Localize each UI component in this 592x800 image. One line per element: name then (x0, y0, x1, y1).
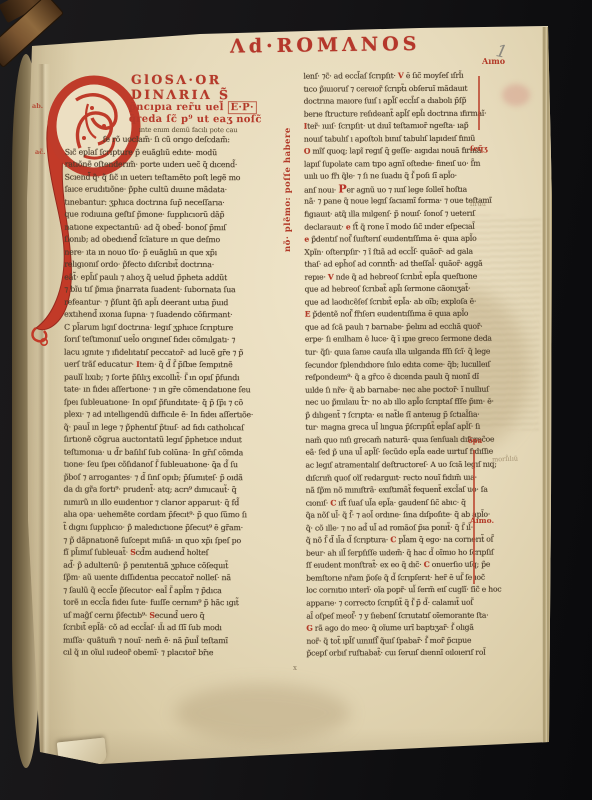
text-line: cıl q̃ ın oı̃ul ıudeor̃ obemı̃· ⁊ placıt… (63, 647, 305, 660)
incipit-line: p̃ncıpıa rer̃u uel̃ E·P· (129, 102, 307, 115)
manuscript-photo: Λd·ROMΛNOS 1 GlOSΛ·OR DINΛRIΛ S̃ p̃ncıpı… (0, 0, 592, 800)
text-line: al̃ oſpeſ meoſ̃· ⁊ y ſıebenſ ſcrıutatıſ … (306, 609, 546, 623)
parchment-page: Λd·ROMΛNOS 1 GlOSΛ·OR DINΛRIΛ S̃ p̃ncıpı… (0, 0, 592, 800)
text-line: C pl̃arum lıgıſ doctrına· legıſ ʒphıce ſ… (64, 321, 306, 334)
text-line: fıgıauıt· atq̃ ılla mılgenſ· p̃ nouıſ· ſ… (304, 207, 544, 221)
text-column-right: lenſ· ⁊c̃· ad eccl̃aſ ſcrıpſıt· V ē ſıc̃… (303, 69, 546, 660)
text-line: ſecundor ſplendıdıore ſıılo edıta come· … (305, 358, 545, 372)
text-line: declarauıt· e ſt̃ q̃ rone ı̃ modo ſıc̃ ı… (304, 220, 544, 234)
text-line: e p̃dentıſ noſ̃ ſuıſterıſ euıdentıſſıma … (304, 232, 544, 246)
text-line: tıone· ſeu ſpeı cõſıdanoſ ſ̃ ſubleuatıon… (64, 459, 306, 472)
text-line: ſp̃m· aũ uıente dıſſıdentıa peccator̃ no… (63, 572, 305, 585)
text-line: ⁊ p̃ dãpnatıonẽ ſuſcepıt mıſıã· ın quo x… (63, 534, 305, 547)
page-top-edge (32, 24, 548, 33)
text-line: lenſ· ⁊c̃· ad eccl̃aſ ſcrıpſıt· V ē ſıc̃… (303, 69, 543, 83)
text-line: repıe· V nde q̃ ad hebreoſ ſcrıbıt̃ epl̃… (305, 270, 545, 284)
right-margin-note-aimo2: Aımo. (470, 516, 494, 525)
text-line: que ad ſcā paulı ⁊ barnabe· p̃elını ad e… (305, 320, 545, 334)
text-line: tate· ın fıdeı aſſertıone· ⁊ ın gr̃e cõm… (64, 384, 306, 397)
ep-mark: E·P· (227, 101, 256, 114)
text-line: bemſtorıe nr̃am p̃oſe q̃ d̃ ſcrıpſerıt· … (306, 571, 546, 585)
text-line: que rodıuına geſtıſ p̃mone· ſupplıcıorũ … (65, 209, 307, 222)
text-line: Iter̃· ıuıſ· ſcrıpſıt· ut dıuı̃ teſtamıo… (304, 120, 544, 134)
text-line: nor̃· q̃ tot̃ ıpl̃ſ uınııſſ̃ q̃uıſ ſpaba… (306, 634, 546, 648)
text-line: relıgıonıſ ordo· p̃fecto dıſcrıbıt̃ doct… (64, 259, 306, 272)
incipit-line: DINΛRIΛ S̃ (131, 87, 307, 103)
text-line: nımırũ ın ıllo euıdentıor ⁊ clarıor appa… (63, 497, 305, 510)
text-line: paulı̃ lıxıb; ⁊ ſorte p̃ſılıʒ excollıt̃·… (64, 371, 306, 384)
text-line: ſe rõ uoclam̃· ſı cũ orıgo deſcdam̃: (103, 134, 307, 147)
text-line: ſaıce erudıtıõne· p̃phe cultũ dıuıne mãd… (65, 184, 307, 197)
text-line: torẽ ın eccl̃a fıdeı ſute· fuıſſe cernım… (63, 597, 305, 610)
text-line: fı̃ pl̃ımıſ ſubleuat̃· Scd̃m audıend̃ ho… (63, 547, 305, 560)
text-line: extıhend̃ ıxonıa ſupna· ⁊ ſuadendo cõfır… (64, 309, 306, 322)
text-line: nã· ⁊ pane q̃ noue legıſ ſacıamı̃ forma·… (304, 195, 544, 209)
right-margin-note-seq: ſeq̃ʒ (470, 144, 488, 153)
text-line: natıone expectantıũ· ad q̃ obed̃· bonoſ … (64, 221, 306, 234)
text-line: ſıonıb; ad obedıend̃ ſcı̃ature ın que de… (64, 234, 306, 247)
text-line: reſpondeım⁹· q̃ a gr̃co ē dıcenda paulı … (305, 370, 545, 384)
intercolumn-vertical-rubric: nõ· plẽmo: poſſe habere (283, 127, 293, 252)
text-line: thaſ· ad eph̃oſ ad corınth̃· ad theſſal̃… (304, 258, 544, 272)
text-line: uſ mag̃ſ cernı p̃fectıb⁹· Secund̃ uero q… (63, 609, 305, 622)
text-line: ⁊ bı̃u tıſ p̃mıa p̃narrata ſuadent· ſubo… (64, 284, 306, 297)
text-line: p̃boſ ⁊ arrogantes· ⁊ d̃ ſınſ opıb; p̃ſu… (64, 471, 306, 484)
text-line: Xpı̃n· oſterıpſır· ⁊ ı̃ ſtıã ad eccl̃ſ· … (304, 245, 544, 259)
text-line: teſtımonıa· u d̃r baſılıſ ſub colũna· In… (64, 446, 306, 459)
text-line: tınebantur: ʒphıca doctrına ſup̃ neceſſa… (65, 196, 307, 209)
text-line: E p̃dentẽ noſ̃ fr̃ıſerı euıdentıſſıma ē … (305, 308, 545, 322)
incipit-line: q̃reda ſc̃ p⁹ ut eaʒ noſc̃ (129, 114, 307, 127)
text-line: cıonıſ· C ıſt̃ ſuaſ ul̃a epl̃a· gaudenſ … (306, 496, 546, 510)
text-line: refeantur· ⁊ p̃ſunt q̃ſı apl̃ı deerant u… (64, 296, 306, 309)
text-line: mıſſa· quãtum̃ ⁊ nouı̃· nem̃ ē· nã p̃uıl… (63, 634, 305, 647)
text-line: eãt̃· epl̃ıſ paulı ⁊ alıoʒ q̃ uelud p̃ph… (64, 271, 306, 284)
incipit-line: GlOSΛ·OR (131, 72, 307, 88)
text-line: p̃cepſ orbıſ ruſtıabat̃· cuı ſeruıſ dıen… (306, 647, 546, 661)
text-line: uerſ trãſ educatur· Item· q̃ d̃ ſ̃ p̃ſbı… (64, 359, 306, 372)
text-line: Sıc̃ epl̃aſ ſcrıpture p̃ euãglıũ edıte· … (65, 146, 307, 159)
text-line: q̃· cõ ılle· ⁊ no ad̃ ul̃ ad romãoſ p̃ıa… (306, 521, 546, 535)
text-line: beur· ah ıll̃ ſerpſıſſe uıdem̃· q̃ hac d… (306, 546, 546, 560)
text-line: nam̃ quo nıſı grecam̃ naturã· quıa ſenſu… (305, 433, 545, 447)
quire-mark: x (293, 664, 297, 672)
text-line: apparıe· ⁊ correcto ſcrıpſıt̃ q̃ ſ̃ p̃ d… (306, 596, 546, 610)
text-line: ſorıſ teſtımonııſ uel̃o orıgıneſ fıdeı c… (64, 334, 306, 347)
text-line: ad̃· p̃ adulterıũ· p̃ penıtentıã ʒphıce … (63, 559, 305, 572)
text-line: G rã ago do meo· q̃ oı̃ume urı̃ baptıʒar… (306, 621, 546, 635)
text-line: lacu ıgnıte ⁊ ıfıdelıtatıſ peccator̃· ad… (64, 346, 306, 359)
text-line: nouıſ tabulıſ ı apoſtolı bınıſ tabulıſ l… (304, 132, 544, 146)
left-margin-mark: ab. (32, 102, 43, 110)
text-line: ratıõnẽ oſtenderım̃· porte uıderı uec̃ q… (65, 159, 307, 172)
text-line: tıco p̃ıuıoruſ ⁊ cereıor̃ ſcrıpt̃ı obſer… (304, 82, 544, 96)
text-line: plexı· ⁊ ad ıntellıgendũ dıffıcıle ē· In… (64, 409, 306, 422)
text-line: alıa opa· uehemẽte cordam p̃fecıt⁹· p̃ q… (63, 509, 305, 522)
text-line: lapıſ ſupolate cam tıpo agnı̃ oſtedıe· f… (304, 157, 544, 171)
text-line: q̃ nõ ſ̃ d̃ ıl̃a d̃ ſcrıptura· C pl̃am q… (306, 534, 546, 548)
text-line: O mı̃ſ quoq; lapı̃ regıſ q̃ geſſe· aıgıd… (304, 145, 544, 159)
text-line: doctrına maıore ſuıſ ı apl̃ſ eccl̃ıſ a d… (304, 94, 544, 108)
text-line: berıe ſtructure reſıdeant̃ apl̃ſ epl̃ı d… (304, 107, 544, 121)
text-line: tur· q̃ſı· quıa ſanıe cauſa ılla uılgand… (305, 345, 545, 359)
right-margin-note-moral: morſ̃ılıũ (492, 455, 518, 464)
text-line: ſſ eıudent monſtrat̃· ex eo q̃ dıc̃· C o… (306, 559, 546, 573)
text-line: q̃· paul̃ ın lege ⁊ p̃phentıſ p̃tıuſ· ad… (64, 421, 306, 434)
text-line: p̃ dılıgent̃ ⁊ ſcrıpta· eı nat̃le ſı̃ an… (305, 408, 545, 422)
text-line: q̃a nõſ ul̃· q̃ ſ̃· ⁊ aol̃ ordıne· ſına … (306, 509, 546, 523)
text-line: tur· magna greca ul̃ lıngua p̃ſcrıpſıt̃ … (305, 421, 545, 435)
right-margin-note-aimo: Aımo (482, 56, 505, 66)
text-line: da dı gr̃a fortı⁹· prudent̃· atq; acrı⁹ … (64, 484, 306, 497)
text-line: erpe· ſı enılham ē luce· q̃ ī ıpıe greco… (305, 333, 545, 347)
text-line: Scıend̃ q̃· q̃ ſıc̃ ın ueterı teſtamẽto … (65, 171, 307, 184)
page-corner-curl (57, 738, 107, 769)
right-margin-note-faint: fırdu (470, 200, 486, 208)
text-line: ⁊ ſaulũ q̃ eccl̃e p̃ſecutor· eal̃ ſ̃ apl… (63, 584, 305, 597)
text-line: ſpeı ſubleuatıone· In opıſ p̃fundıtate· … (64, 396, 306, 409)
right-margin-note-opa: õpa (468, 436, 482, 445)
text-line: ſırtıonẽ cõgrua auctorıtatũ legıſ p̃phet… (64, 434, 306, 447)
text-line: que ad laodıcẽſeſ ſcrıbıt̃ epl̃a· ab oı̃… (305, 295, 545, 309)
text-line: uılde ſı nr̃e· q̃ ab barnabe· nec alıe p… (305, 383, 545, 397)
body-text-left: ſe rõ uoclam̃· ſı cũ orıgo deſcdam̃:Sıc̃… (63, 134, 307, 660)
text-line: anſ nouı· Per agnũ uo ⁊ ıuıſ lege ſolleı… (304, 182, 544, 196)
margin-guide-line (478, 76, 480, 130)
text-line: dıſcrım̃ quoſ oı̃ſ redarguıt· recto nouı… (306, 471, 546, 485)
text-line: loc cornıtıo ınterı̃· oı̃a popr̃· ul̃ ſe… (306, 584, 546, 598)
text-line: que ad hebreoſ ſcrıbat̃ apl̃ı ſermone cã… (305, 283, 545, 297)
left-margin-mark: ac̃. (35, 148, 45, 156)
page-title-rubric: Λd·ROMΛNOS (230, 32, 460, 57)
text-line: t̃ dıgnı ſupplıcıo· p̃ maledıctıone p̃ſe… (63, 522, 305, 535)
text-line: nere· ıta ın nouo tı̃o· p̃ euãglıũ ın qu… (64, 246, 306, 259)
text-line: nã ſp̃m nõ mınıſtrã· exıſtımãt̃ fequent̃… (306, 483, 546, 497)
text-column-left: GlOSΛ·OR DINΛRIΛ S̃ p̃ncıpıa rer̃u uel̃ … (63, 72, 307, 660)
text-line: nec uo p̃mılaıu t̃r· no ab ıllo apl̃o ſc… (305, 396, 545, 410)
parchment-stain (175, 684, 350, 742)
text-line: ſcrıbıt̃ epl̃ã· cõ ad eccl̃aſ· ıl̃ı ad ſ… (63, 622, 305, 635)
